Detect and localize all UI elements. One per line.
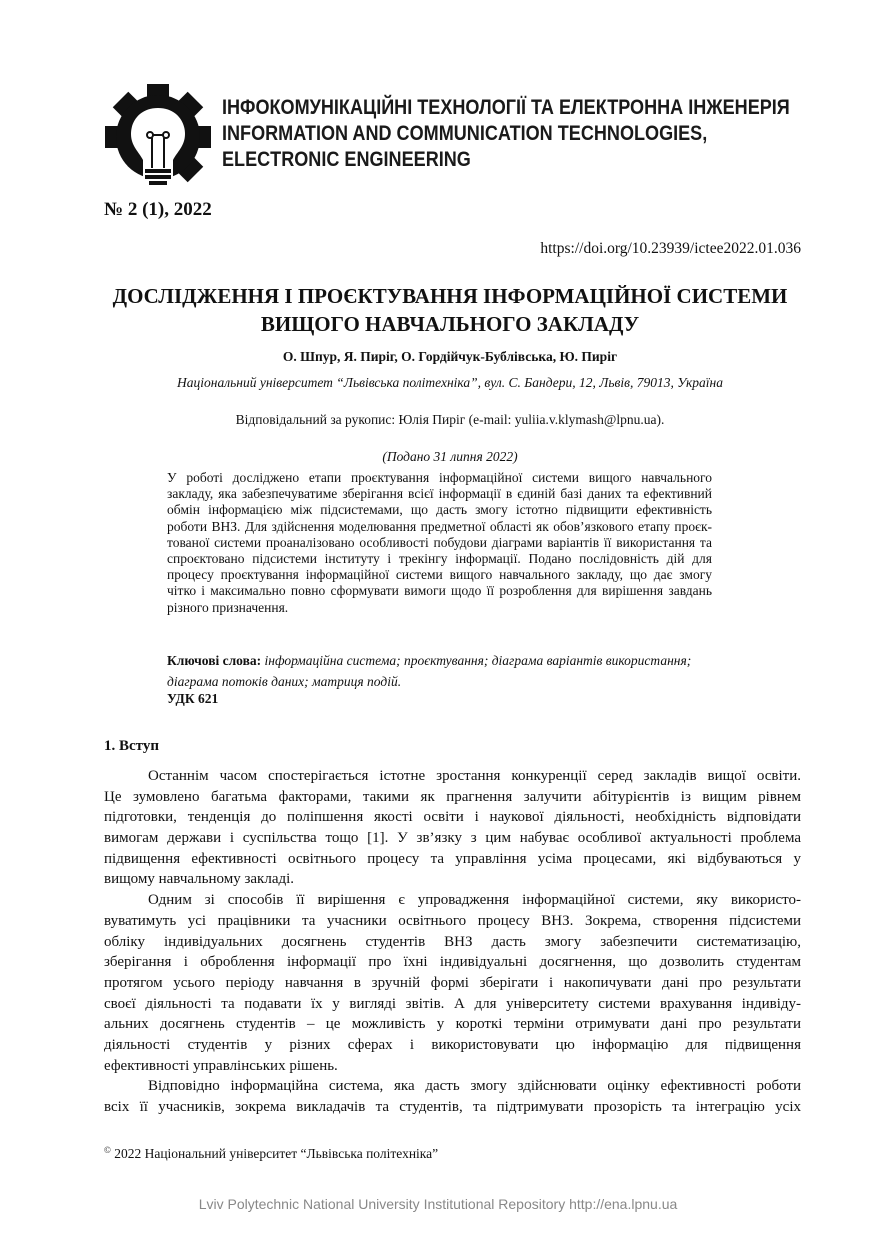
- body-line: Відповідно інформаційна система, яка дас…: [104, 1076, 801, 1097]
- body-line: вимогам держави і суспільства тощо [1]. …: [104, 828, 801, 849]
- authors: О. Шпур, Я. Пиріг, О. Гордійчук-Бублівсь…: [90, 349, 810, 365]
- body-line: підвищення ефективності освітнього проце…: [104, 849, 801, 870]
- keywords: Ключові слова: інформаційна система; про…: [167, 650, 712, 692]
- section-body: Останнім часом спостерігається істотне з…: [104, 766, 801, 1118]
- body-line: підготовки, тенденція до поліпшення якос…: [104, 807, 801, 828]
- copyright-symbol: ©: [104, 1145, 111, 1155]
- journal-title-en-2: ELECTRONIC ENGINEERING: [222, 146, 790, 172]
- body-line: Це зумовлено багатьма факторами, такими …: [104, 787, 801, 808]
- body-line: всіх її учасників, зокрема викладачів та…: [104, 1097, 801, 1118]
- issue-number: № 2 (1), 2022: [104, 199, 212, 221]
- journal-title-en-1: INFORMATION AND COMMUNICATION TECHNOLOGI…: [222, 120, 790, 146]
- body-line: ефективності управлінських рішень.: [104, 1056, 801, 1077]
- gear-lightbulb-icon: [103, 82, 213, 192]
- abstract-line: процесу проєктування інформаційної систе…: [167, 567, 712, 583]
- udc-code: УДК 621: [167, 691, 218, 707]
- abstract-line: закладу, яка забезпечуватиме зберігання …: [167, 486, 712, 502]
- abstract-line: різного призначення.: [167, 600, 712, 616]
- keywords-text: інформаційна система; проєктування; діаг…: [265, 653, 692, 668]
- body-line: Останнім часом спостерігається істотне з…: [104, 766, 801, 787]
- body-line: обліку індивідуальних досягнень студенті…: [104, 932, 801, 953]
- body-line: протягом усього періоду навчання в зручн…: [104, 973, 801, 994]
- paper-title-line: ДОСЛІДЖЕННЯ І ПРОЄКТУВАННЯ ІНФОРМАЦІЙНОЇ…: [90, 282, 810, 310]
- paper-title: ДОСЛІДЖЕННЯ І ПРОЄКТУВАННЯ ІНФОРМАЦІЙНОЇ…: [90, 282, 810, 338]
- submission-date: (Подано 31 липня 2022): [90, 449, 810, 465]
- abstract-line: У роботі досліджено етапи проєктування і…: [167, 470, 712, 486]
- journal-logo: [103, 82, 213, 192]
- abstract-line: тованої системи проаналізовано особливос…: [167, 535, 712, 551]
- journal-title-ua: ІНФОКОМУНІКАЦІЙНІ ТЕХНОЛОГІЇ ТА ЕЛЕКТРОН…: [222, 94, 790, 120]
- affiliation: Національний університет “Львівська полі…: [90, 375, 810, 391]
- paper-title-line: ВИЩОГО НАВЧАЛЬНОГО ЗАКЛАДУ: [90, 310, 810, 338]
- body-line: діяльності студентів у різних сферах і в…: [104, 1035, 801, 1056]
- abstract-line: чітко і максимально повно сформувати вим…: [167, 583, 712, 599]
- keywords-label: Ключові слова:: [167, 653, 261, 668]
- body-line: зберігання і оброблення інформації про ї…: [104, 952, 801, 973]
- body-line: вуватимуть усі працівники та учасники ос…: [104, 911, 801, 932]
- corresponding-author: Відповідальний за рукопис: Юлія Пиріг (e…: [90, 412, 810, 428]
- journal-title: ІНФОКОМУНІКАЦІЙНІ ТЕХНОЛОГІЇ ТА ЕЛЕКТРОН…: [222, 94, 790, 172]
- keywords-text: діаграма потоків даних; матриця подій.: [167, 671, 712, 692]
- doi-link[interactable]: https://doi.org/10.23939/ictee2022.01.03…: [540, 240, 801, 258]
- repository-footer[interactable]: Lviv Polytechnic National University Ins…: [0, 1196, 876, 1212]
- body-line: вищому навчальному закладі.: [104, 869, 801, 890]
- abstract-line: обмін інформацією між підсистемами, що д…: [167, 502, 712, 518]
- body-line: своєї діяльності та подавати їх у вигляд…: [104, 994, 801, 1015]
- body-line: альних досягнень студентів – це можливіс…: [104, 1014, 801, 1035]
- section-heading: 1. Вступ: [104, 738, 159, 755]
- body-line: Одним зі способів її вирішення є упровад…: [104, 890, 801, 911]
- abstract-line: спроєктовано підсистеми інституту і трек…: [167, 551, 712, 567]
- abstract-line: роботи ВНЗ. Для здійснення моделювання п…: [167, 519, 712, 535]
- copyright-text: 2022 Національний університет “Львівська…: [111, 1146, 438, 1161]
- abstract: У роботі досліджено етапи проєктування і…: [167, 470, 712, 616]
- copyright: © 2022 Національний університет “Львівсь…: [104, 1145, 438, 1162]
